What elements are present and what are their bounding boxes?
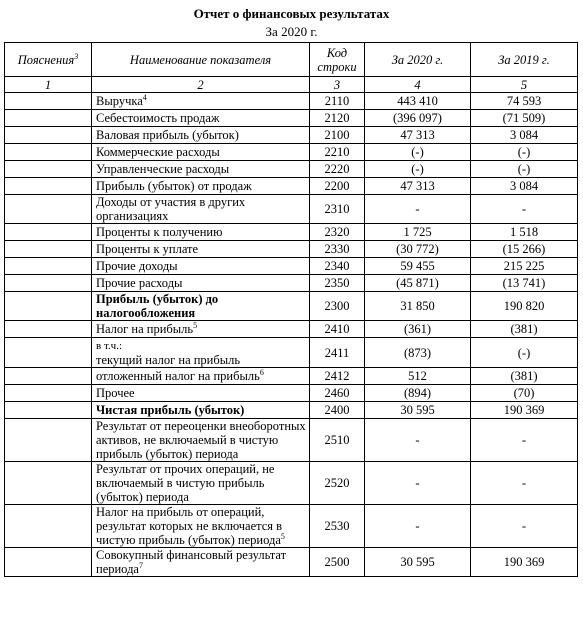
table-row: Налог на прибыль52410(361)(381) <box>5 321 578 338</box>
current-year-value: 443 410 <box>365 93 471 110</box>
indicator-name-text: Прочие расходы <box>96 276 182 290</box>
indicator-name: Прибыль (убыток) до налогообложения <box>92 292 310 321</box>
line-code: 2210 <box>310 144 365 161</box>
current-year-value: (-) <box>365 161 471 178</box>
notes-cell <box>5 338 92 368</box>
table-row: Себестоимость продаж2120(396 097)(71 509… <box>5 110 578 127</box>
line-code: 2110 <box>310 93 365 110</box>
notes-cell <box>5 93 92 110</box>
header-notes: Пояснения3 <box>5 43 92 77</box>
indicator-name: в т.ч.:текущий налог на прибыль <box>92 338 310 368</box>
line-code: 2100 <box>310 127 365 144</box>
current-year-value: (45 871) <box>365 275 471 292</box>
indicator-name: Выручка4 <box>92 93 310 110</box>
indicator-name-text: отложенный налог на прибыль <box>96 369 260 383</box>
footnote-marker: 5 <box>193 321 197 330</box>
previous-year-value: (381) <box>471 321 578 338</box>
indicator-name: Чистая прибыль (убыток) <box>92 402 310 419</box>
previous-year-value: (-) <box>471 161 578 178</box>
table-row: Чистая прибыль (убыток)240030 595190 369 <box>5 402 578 419</box>
line-code: 2510 <box>310 419 365 462</box>
table-row: Прочее2460(894)(70) <box>5 385 578 402</box>
table-row: Проценты к уплате2330(30 772)(15 266) <box>5 241 578 258</box>
notes-cell <box>5 178 92 195</box>
indicator-name-text: Проценты к уплате <box>96 242 198 256</box>
table-row: Валовая прибыль (убыток)210047 3133 084 <box>5 127 578 144</box>
previous-year-value: 190 369 <box>471 402 578 419</box>
notes-cell <box>5 385 92 402</box>
table-row: Выручка42110443 41074 593 <box>5 93 578 110</box>
header-code-line1: Код <box>327 46 347 60</box>
previous-year-value: - <box>471 505 578 548</box>
line-code: 2340 <box>310 258 365 275</box>
previous-year-value: (381) <box>471 368 578 385</box>
line-code: 2220 <box>310 161 365 178</box>
header-row: Пояснения3 Наименование показателя Кодст… <box>5 43 578 77</box>
current-year-value: 512 <box>365 368 471 385</box>
table-row: Прочие расходы2350(45 871)(13 741) <box>5 275 578 292</box>
indicator-name-text: Валовая прибыль (убыток) <box>96 128 239 142</box>
column-number: 1 <box>5 77 92 93</box>
indicator-name-text: Результат от переоценки внеоборотных акт… <box>96 419 306 461</box>
indicator-name: Коммерческие расходы <box>92 144 310 161</box>
current-year-value: (-) <box>365 144 471 161</box>
indicator-name-text: Прибыль (убыток) до налогообложения <box>96 292 218 320</box>
indicator-name: Прочее <box>92 385 310 402</box>
header-indicator-name: Наименование показателя <box>92 43 310 77</box>
indicator-name-text: Результат от прочих операций, не включае… <box>96 462 275 504</box>
current-year-value: 1 725 <box>365 224 471 241</box>
current-year-value: 59 455 <box>365 258 471 275</box>
column-number: 4 <box>365 77 471 93</box>
header-code-line2: строки <box>317 60 356 74</box>
line-code: 2411 <box>310 338 365 368</box>
notes-cell <box>5 419 92 462</box>
table-row: Прибыль (убыток) от продаж220047 3133 08… <box>5 178 578 195</box>
footnote-marker: 6 <box>260 368 264 377</box>
previous-year-value: (71 509) <box>471 110 578 127</box>
previous-year-value: 190 369 <box>471 548 578 577</box>
indicator-name: Прочие расходы <box>92 275 310 292</box>
previous-year-value: - <box>471 462 578 505</box>
indicator-name-text: Управленческие расходы <box>96 162 229 176</box>
current-year-value: (396 097) <box>365 110 471 127</box>
table-row: Прибыль (убыток) до налогообложения23003… <box>5 292 578 321</box>
indicator-name: Себестоимость продаж <box>92 110 310 127</box>
current-year-value: 30 595 <box>365 402 471 419</box>
table-row: в т.ч.:текущий налог на прибыль2411(873)… <box>5 338 578 368</box>
previous-year-value: (-) <box>471 338 578 368</box>
current-year-value: (361) <box>365 321 471 338</box>
indicator-name: Доходы от участия в других организациях <box>92 195 310 224</box>
column-number: 2 <box>92 77 310 93</box>
current-year-value: 47 313 <box>365 127 471 144</box>
footnote-marker: 4 <box>143 93 147 102</box>
indicator-name-text: текущий налог на прибыль <box>96 353 240 367</box>
indicator-name: Налог на прибыль5 <box>92 321 310 338</box>
notes-cell <box>5 368 92 385</box>
notes-cell <box>5 161 92 178</box>
previous-year-value: (15 266) <box>471 241 578 258</box>
current-year-value: 31 850 <box>365 292 471 321</box>
table-row: Налог на прибыль от операций, результат … <box>5 505 578 548</box>
current-year-value: (30 772) <box>365 241 471 258</box>
line-code: 2410 <box>310 321 365 338</box>
line-code: 2200 <box>310 178 365 195</box>
current-year-value: (894) <box>365 385 471 402</box>
table-row: отложенный налог на прибыль62412512(381) <box>5 368 578 385</box>
financial-results-table: Пояснения3 Наименование показателя Кодст… <box>4 42 578 577</box>
current-year-value: - <box>365 462 471 505</box>
notes-cell <box>5 127 92 144</box>
notes-cell <box>5 462 92 505</box>
table-body: Выручка42110443 41074 593Себестоимость п… <box>5 93 578 577</box>
header-current-year: За 2020 г. <box>365 43 471 77</box>
notes-cell <box>5 110 92 127</box>
table-row: Управленческие расходы2220(-)(-) <box>5 161 578 178</box>
column-number: 5 <box>471 77 578 93</box>
table-row: Результат от прочих операций, не включае… <box>5 462 578 505</box>
indicator-name: Прочие доходы <box>92 258 310 275</box>
indicator-name: Результат от переоценки внеоборотных акт… <box>92 419 310 462</box>
indicator-name: отложенный налог на прибыль6 <box>92 368 310 385</box>
previous-year-value: 215 225 <box>471 258 578 275</box>
indicator-name: Прибыль (убыток) от продаж <box>92 178 310 195</box>
previous-year-value: (70) <box>471 385 578 402</box>
indicator-name-text: Прибыль (убыток) от продаж <box>96 179 252 193</box>
line-code: 2520 <box>310 462 365 505</box>
current-year-value: 30 595 <box>365 548 471 577</box>
previous-year-value: - <box>471 419 578 462</box>
footnote-marker: 5 <box>281 532 285 541</box>
line-code: 2320 <box>310 224 365 241</box>
report-period: За 2020 г. <box>0 24 583 40</box>
column-number-row: 1 2 3 4 5 <box>5 77 578 93</box>
indicator-name-prefix: в т.ч.: <box>96 340 122 352</box>
current-year-value: (873) <box>365 338 471 368</box>
previous-year-value: 190 820 <box>471 292 578 321</box>
current-year-value: - <box>365 419 471 462</box>
indicator-name-text: Проценты к получению <box>96 225 222 239</box>
line-code: 2120 <box>310 110 365 127</box>
indicator-name-text: Коммерческие расходы <box>96 145 220 159</box>
previous-year-value: 3 084 <box>471 127 578 144</box>
table-row: Коммерческие расходы2210(-)(-) <box>5 144 578 161</box>
previous-year-value: (13 741) <box>471 275 578 292</box>
indicator-name-text: Доходы от участия в других организациях <box>96 195 245 223</box>
indicator-name-text: Прочие доходы <box>96 259 178 273</box>
indicator-name-text: Совокупный финансовый результат периода <box>96 548 286 576</box>
table-row: Совокупный финансовый результат периода7… <box>5 548 578 577</box>
indicator-name-text: Налог на прибыль от операций, результат … <box>96 505 282 547</box>
notes-cell <box>5 258 92 275</box>
line-code: 2530 <box>310 505 365 548</box>
line-code: 2500 <box>310 548 365 577</box>
notes-cell <box>5 402 92 419</box>
header-line-code: Кодстроки <box>310 43 365 77</box>
previous-year-value: 1 518 <box>471 224 578 241</box>
notes-cell <box>5 241 92 258</box>
line-code: 2330 <box>310 241 365 258</box>
line-code: 2400 <box>310 402 365 419</box>
table-row: Проценты к получению23201 7251 518 <box>5 224 578 241</box>
column-number: 3 <box>310 77 365 93</box>
indicator-name-text: Себестоимость продаж <box>96 111 220 125</box>
indicator-name: Результат от прочих операций, не включае… <box>92 462 310 505</box>
indicator-name: Управленческие расходы <box>92 161 310 178</box>
line-code: 2412 <box>310 368 365 385</box>
indicator-name-text: Выручка <box>96 94 143 108</box>
indicator-name-text: Налог на прибыль <box>96 322 193 336</box>
notes-cell <box>5 144 92 161</box>
line-code: 2310 <box>310 195 365 224</box>
notes-cell <box>5 224 92 241</box>
current-year-value: - <box>365 505 471 548</box>
indicator-name: Проценты к получению <box>92 224 310 241</box>
indicator-name: Налог на прибыль от операций, результат … <box>92 505 310 548</box>
table-row: Результат от переоценки внеоборотных акт… <box>5 419 578 462</box>
table-row: Доходы от участия в других организациях2… <box>5 195 578 224</box>
indicator-name: Совокупный финансовый результат периода7 <box>92 548 310 577</box>
notes-cell <box>5 548 92 577</box>
indicator-name: Проценты к уплате <box>92 241 310 258</box>
previous-year-value: 74 593 <box>471 93 578 110</box>
notes-cell <box>5 195 92 224</box>
line-code: 2460 <box>310 385 365 402</box>
footnote-marker: 7 <box>139 561 143 570</box>
line-code: 2350 <box>310 275 365 292</box>
header-notes-label: Пояснения <box>18 53 74 67</box>
indicator-name-text: Прочее <box>96 386 135 400</box>
indicator-name-text: Чистая прибыль (убыток) <box>96 403 244 417</box>
notes-cell <box>5 292 92 321</box>
table-row: Прочие доходы234059 455215 225 <box>5 258 578 275</box>
header-previous-year: За 2019 г. <box>471 43 578 77</box>
header-notes-footnote: 3 <box>74 51 78 60</box>
notes-cell <box>5 321 92 338</box>
previous-year-value: - <box>471 195 578 224</box>
notes-cell <box>5 505 92 548</box>
current-year-value: - <box>365 195 471 224</box>
report-title: Отчет о финансовых результатах <box>0 6 583 22</box>
notes-cell <box>5 275 92 292</box>
previous-year-value: 3 084 <box>471 178 578 195</box>
line-code: 2300 <box>310 292 365 321</box>
current-year-value: 47 313 <box>365 178 471 195</box>
previous-year-value: (-) <box>471 144 578 161</box>
indicator-name: Валовая прибыль (убыток) <box>92 127 310 144</box>
